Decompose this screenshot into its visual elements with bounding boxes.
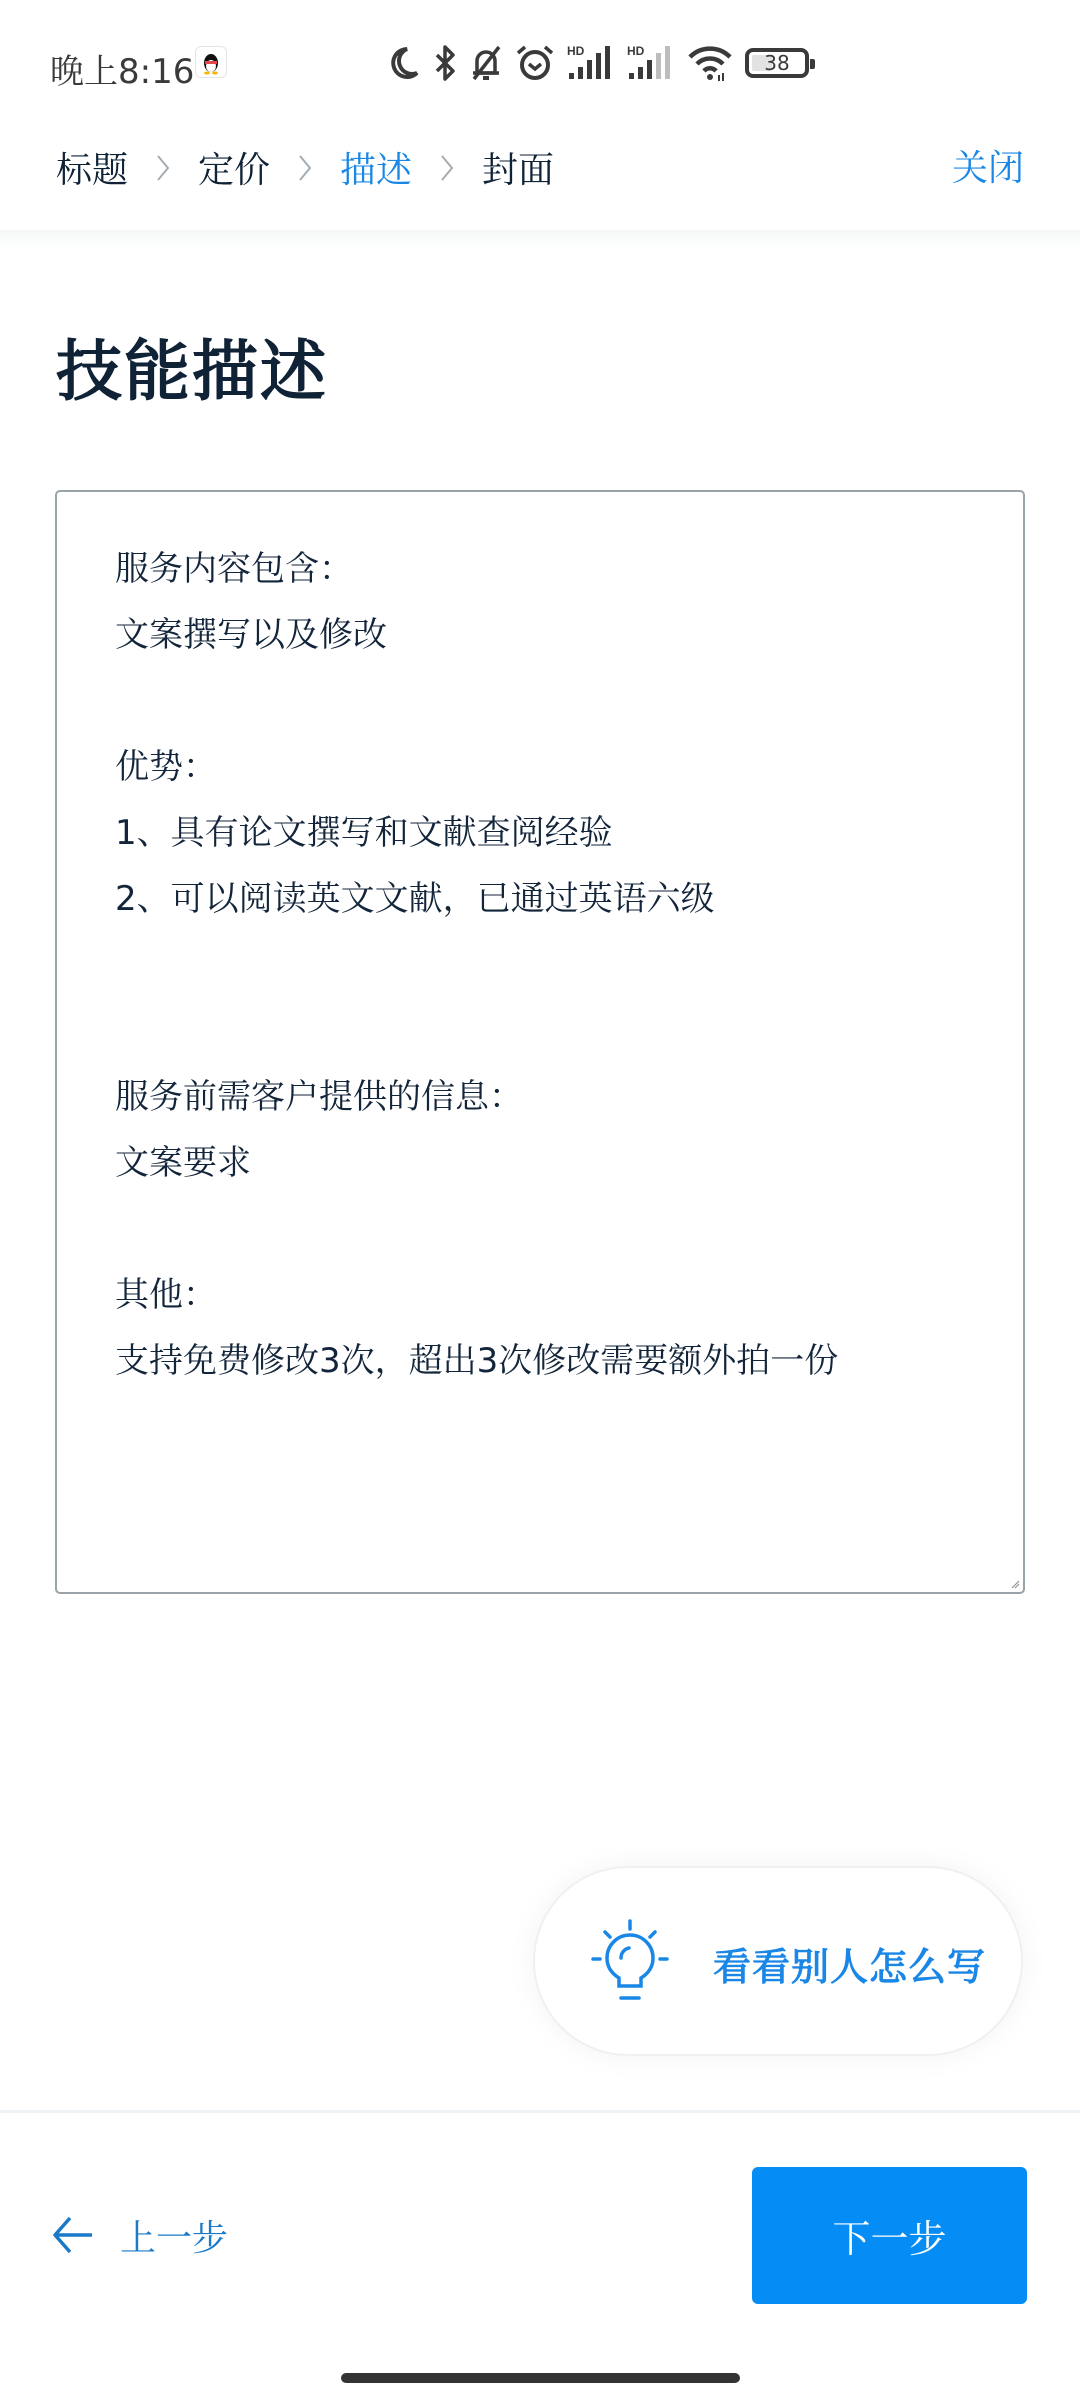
moon-icon [385,43,421,83]
chevron-right-icon [270,154,340,182]
battery-icon: 38 [745,48,809,78]
header-divider [0,230,1080,252]
bell-off-icon [469,43,503,83]
svg-text:HD: HD [627,44,645,58]
signal-hd-1-icon: HD [567,43,615,83]
step-header: 标题 定价 描述 封面 关闭 [0,120,1080,230]
see-examples-button[interactable]: 看看别人怎么写 [533,1866,1023,2056]
step-pricing[interactable]: 定价 [198,142,270,193]
chevron-right-icon [412,154,482,182]
description-text[interactable]: 服务内容包含： 文案撰写以及修改 优势： 1、具有论文撰写和文献查阅经验 2、可… [115,536,983,1394]
footer-divider [0,2110,1080,2113]
lightbulb-icon [585,1918,675,2008]
status-bar: 晚上8:16 HD HD 38 [0,0,1080,120]
resize-grip-icon[interactable] [1010,1579,1020,1589]
description-textarea[interactable]: 服务内容包含： 文案撰写以及修改 优势： 1、具有论文撰写和文献查阅经验 2、可… [55,490,1025,1594]
step-description[interactable]: 描述 [340,142,412,193]
step-cover[interactable]: 封面 [482,142,554,193]
next-step-label: 下一步 [832,2208,946,2263]
chevron-right-icon [128,154,198,182]
step-breadcrumb: 标题 定价 描述 封面 [56,142,554,193]
qq-icon [195,46,227,78]
previous-step-button[interactable]: 上一步 [52,2205,228,2265]
step-title[interactable]: 标题 [56,142,128,193]
bluetooth-icon [433,43,457,83]
svg-text:HD: HD [567,44,585,58]
home-indicator[interactable] [341,2373,740,2383]
see-examples-label: 看看别人怎么写 [713,1936,986,1991]
previous-step-label: 上一步 [120,2210,228,2261]
system-status-icons: HD HD 38 [385,38,809,88]
battery-level: 38 [764,51,789,75]
status-time: 晚上8:16 [50,44,194,93]
close-button[interactable]: 关闭 [952,140,1024,191]
page-title: 技能描述 [56,318,328,413]
alarm-icon [515,43,555,83]
arrow-left-icon [52,2214,94,2256]
signal-hd-2-icon: HD [627,43,675,83]
wifi-icon [687,43,733,83]
next-step-button[interactable]: 下一步 [752,2167,1027,2304]
